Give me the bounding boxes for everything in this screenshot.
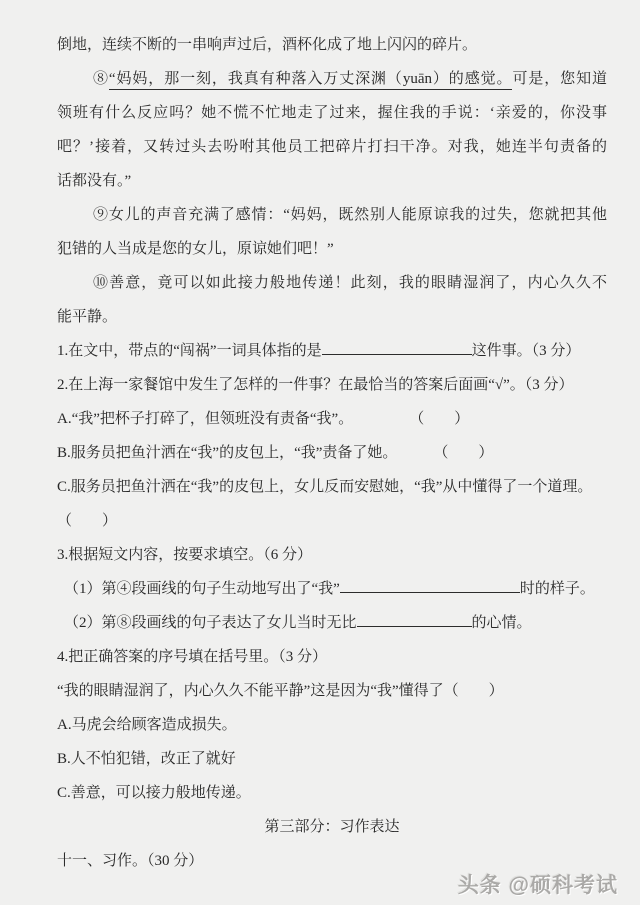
q4-option-a-text: A.马虎会给顾客造成损失。 — [57, 717, 237, 733]
passage-para9-line1: ⑨女儿的声音充满了感情：“妈妈，既然别人能原谅我的过失，您就把其他 — [57, 198, 607, 232]
passage-para8-line4: 话都没有。” — [57, 164, 607, 198]
q1-answer-blank — [322, 341, 472, 355]
q2-option-b-answer-bracket: （ ） — [433, 445, 493, 461]
q2-option-b-text: B.服务员把鱼汁洒在“我”的皮包上，“我”责备了她。 — [57, 445, 397, 461]
q3-item2-answer-blank — [357, 613, 472, 627]
question-4-option-b: B.人不怕犯错，改正了就好 — [57, 742, 607, 776]
passage-text: 倒地，连续不断的一串响声过后，酒杯化成了地上闪闪的碎片。 — [57, 37, 477, 53]
passage-para7-tail: 倒地，连续不断的一串响声过后，酒杯化成了地上闪闪的碎片。 — [57, 28, 607, 62]
q3-stem-text: 3.根据短文内容，按要求填空。（6 分） — [57, 547, 312, 563]
question-1: 1.在文中，带点的“闯祸”一词具体指的是这件事。（3 分） — [57, 334, 607, 368]
passage-text: 犯错的人当成是您的女儿，原谅她们吧！” — [57, 241, 334, 257]
question-2-option-c: C.服务员把鱼汁洒在“我”的皮包上，女儿反而安慰她，“我”从中懂得了一个道理。 — [57, 470, 607, 504]
para8-line1-rest: 可是，您知道 — [512, 71, 607, 87]
question-4-option-c: C.善意，可以接力般地传递。 — [57, 776, 607, 810]
q2-option-a-text: A.“我”把杯子打碎了，但领班没有责备“我”。 — [57, 411, 353, 427]
q2-stem-text: 2.在上海一家餐馆中发生了怎样的一件事？在最恰当的答案后面画“√”。（3 分） — [57, 377, 574, 393]
q2-option-c-answer-bracket: （ ） — [57, 513, 117, 529]
section-heading-text: 第三部分：习作表达 — [264, 819, 399, 835]
passage-text: ⑩善意，竟可以如此接力般地传递！此刻，我的眼睛湿润了，内心久久不 — [93, 275, 607, 291]
section-heading: 第三部分：习作表达 — [57, 810, 607, 844]
q4-lead-text: “我的眼睛湿润了，内心久久不能平静”这是因为“我”懂得了 — [57, 683, 444, 699]
passage-text: ⑨女儿的声音充满了感情：“妈妈，既然别人能原谅我的过失，您就把其他 — [93, 207, 607, 223]
exam-content: 倒地，连续不断的一串响声过后，酒杯化成了地上闪闪的碎片。 ⑧“妈妈，那一刻，我真… — [0, 0, 640, 878]
question-4-stem: 4.把正确答案的序号填在括号里。（3 分） — [57, 640, 607, 674]
passage-text: 领班有什么反应吗？她不慌不忙地走了过来，握住我的手说：‘亲爱的，你没事 — [57, 105, 607, 121]
passage-text: 话都没有。” — [57, 173, 131, 189]
passage-para8-line3: 吧？’接着，又转过头去吩咐其他员工把碎片打扫干净。对我，她连半句责备的 — [57, 130, 607, 164]
question-2-option-b: B.服务员把鱼汁洒在“我”的皮包上，“我”责备了她。（ ） — [57, 436, 607, 470]
question-3-stem: 3.根据短文内容，按要求填空。（6 分） — [57, 538, 607, 572]
q4-option-b-text: B.人不怕犯错，改正了就好 — [57, 751, 236, 767]
passage-para8-line1: ⑧“妈妈，那一刻，我真有种落入万丈深渊（yuān）的感觉。可是，您知道 — [57, 62, 607, 96]
passage-text: 吧？’接着，又转过头去吩咐其他员工把碎片打扫干净。对我，她连半句责备的 — [57, 139, 607, 155]
passage-para9-line2: 犯错的人当成是您的女儿，原谅她们吧！” — [57, 232, 607, 266]
exam-paper-page: 倒地，连续不断的一串响声过后，酒杯化成了地上闪闪的碎片。 ⑧“妈妈，那一刻，我真… — [0, 0, 640, 905]
question-4-option-a: A.马虎会给顾客造成损失。 — [57, 708, 607, 742]
q3-item1-text-before-blank: （1）第④段画线的句子生动地写出了“我” — [64, 581, 340, 597]
question-2-stem: 2.在上海一家餐馆中发生了怎样的一件事？在最恰当的答案后面画“√”。（3 分） — [57, 368, 607, 402]
question-4-lead: “我的眼睛湿润了，内心久久不能平静”这是因为“我”懂得了（ ） — [57, 674, 607, 708]
passage-text: 能平静。 — [57, 309, 117, 325]
q1-text-after-blank: 这件事。（3 分） — [472, 343, 581, 359]
q4-answer-bracket: （ ） — [444, 683, 504, 699]
question-3-item-1: （1）第④段画线的句子生动地写出了“我”时的样子。 — [57, 572, 607, 606]
question-2-option-a: A.“我”把杯子打碎了，但领班没有责备“我”。（ ） — [57, 402, 607, 436]
q2-option-a-answer-bracket: （ ） — [409, 411, 469, 427]
passage-para8-line2: 领班有什么反应吗？她不慌不忙地走了过来，握住我的手说：‘亲爱的，你没事 — [57, 96, 607, 130]
q1-text-before-blank: 1.在文中，带点的“闯祸”一词具体指的是 — [57, 343, 322, 359]
q4-stem-text: 4.把正确答案的序号填在括号里。（3 分） — [57, 649, 327, 665]
question-3-item-2: （2）第⑧段画线的句子表达了女儿当时无比的心情。 — [57, 606, 607, 640]
q3-item2-text-before-blank: （2）第⑧段画线的句子表达了女儿当时无比 — [64, 615, 357, 631]
para8-underlined-sentence: “妈妈，那一刻，我真有种落入万丈深渊（yuān）的感觉。 — [109, 71, 513, 90]
passage-para10-line2: 能平静。 — [57, 300, 607, 334]
toutiao-watermark: 头条 @硕科考试 — [458, 869, 618, 899]
q3-item2-text-after-blank: 的心情。 — [472, 615, 532, 631]
passage-para10-line1: ⑩善意，竟可以如此接力般地传递！此刻，我的眼睛湿润了，内心久久不 — [57, 266, 607, 300]
para8-marker: ⑧ — [93, 71, 109, 87]
q11-heading-text: 十一、习作。（30 分） — [57, 853, 203, 869]
q2-option-c-text: C.服务员把鱼汁洒在“我”的皮包上，女儿反而安慰她，“我”从中懂得了一个道理。 — [57, 479, 592, 495]
q3-item1-text-after-blank: 时的样子。 — [520, 581, 595, 597]
q4-option-c-text: C.善意，可以接力般地传递。 — [57, 785, 251, 801]
q3-item1-answer-blank — [340, 579, 520, 593]
question-2-option-c-bracket-line: （ ） — [57, 504, 607, 538]
